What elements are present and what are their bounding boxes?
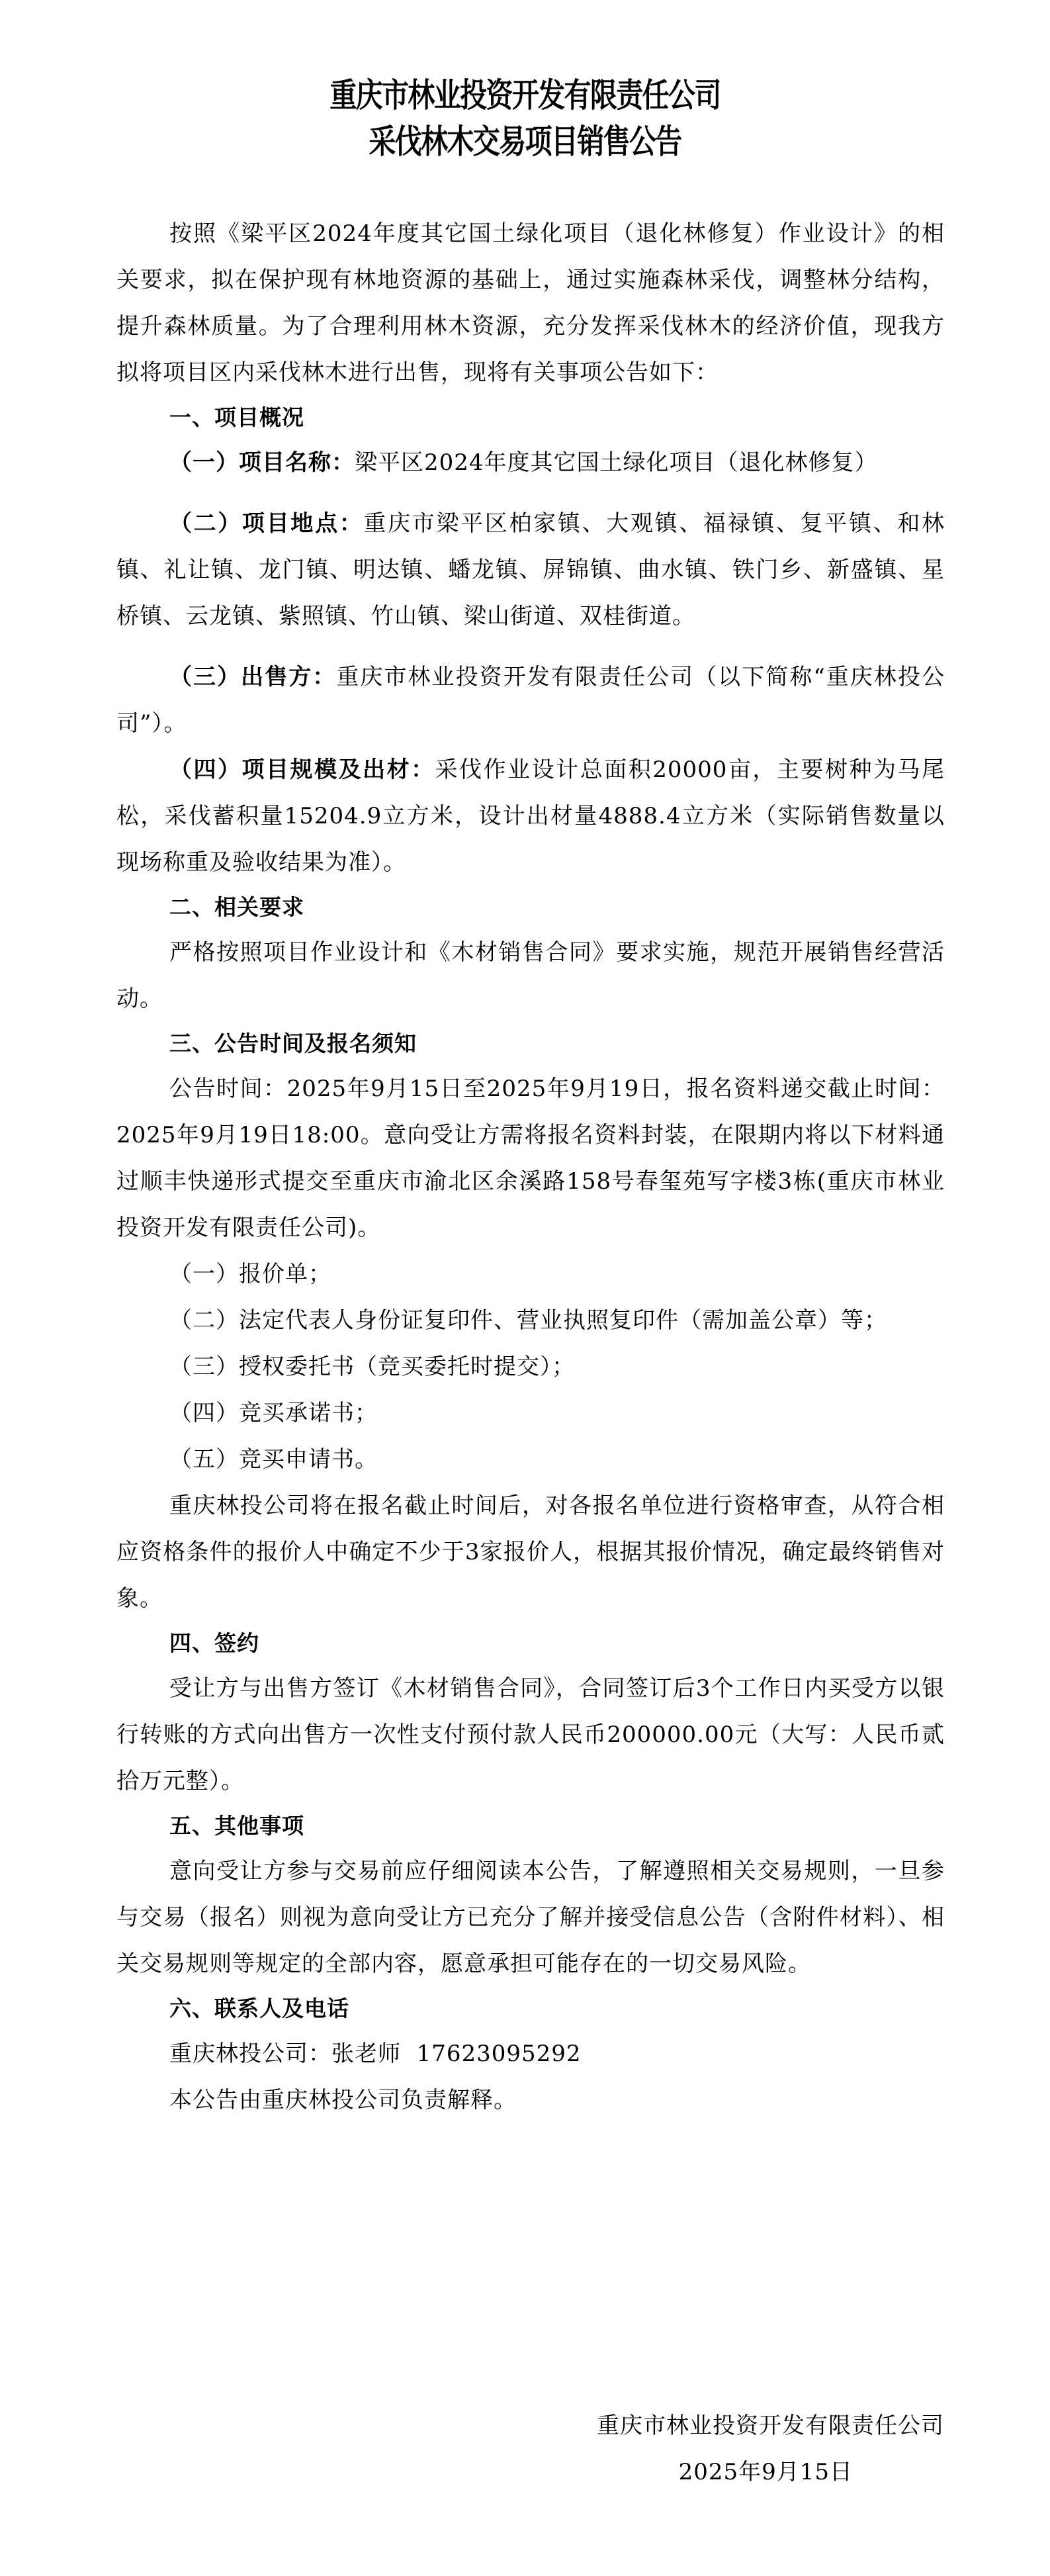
material-item: （一）报价单； — [116, 1251, 945, 1297]
section-heading-time-registration: 三、公告时间及报名须知 — [116, 1022, 945, 1066]
material-item: （四）竞买承诺书； — [116, 1390, 945, 1436]
item-text: 梁平区2024年度其它国土绿化项目（退化林修复） — [355, 449, 878, 476]
item-scale-output: （四）项目规模及出材：采伐作业设计总面积20000亩，主要树种为马尾松，采伐蓄积… — [116, 747, 945, 886]
contact-line: 重庆林投公司：张老师 17623095292 — [116, 2031, 945, 2077]
item-label: （一）项目名称： — [169, 449, 355, 476]
item-label: （二）项目地点： — [169, 510, 363, 537]
material-item: （三）授权委托书（竞买委托时提交）； — [116, 1344, 945, 1390]
requirements-paragraph: 严格按照项目作业设计和《木材销售合同》要求实施，规范开展销售经营活动。 — [116, 929, 945, 1022]
item-label: （四）项目规模及出材： — [169, 757, 435, 783]
interpretation-note: 本公告由重庆林投公司负责解释。 — [116, 2077, 945, 2123]
announcement-body: 按照《梁平区2024年度其它国土绿化项目（退化林修复）作业设计》的相关要求，拟在… — [116, 210, 945, 2123]
section-heading-signing: 四、签约 — [116, 1622, 945, 1665]
intro-paragraph: 按照《梁平区2024年度其它国土绿化项目（退化林修复）作业设计》的相关要求，拟在… — [116, 210, 945, 396]
announcement-page: 重庆市林业投资开发有限责任公司 采伐林木交易项目销售公告 按照《梁平区2024年… — [0, 0, 1050, 2576]
section-heading-requirements: 二、相关要求 — [116, 886, 945, 929]
qualification-paragraph: 重庆林投公司将在报名截止时间后，对各报名单位进行资格审查，从符合相应资格条件的报… — [116, 1483, 945, 1622]
section-heading-contact: 六、联系人及电话 — [116, 1987, 945, 2031]
material-item: （五）竞买申请书。 — [116, 1436, 945, 1483]
item-seller: （三）出售方：重庆市林业投资开发有限责任公司（以下简称“重庆林投公司”）。 — [116, 654, 945, 747]
signature-organization: 重庆市林业投资开发有限责任公司 — [597, 2403, 944, 2449]
item-label: （三）出售方： — [169, 664, 336, 690]
section-heading-overview: 一、项目概况 — [116, 396, 945, 439]
signature-date: 2025年9月15日 — [679, 2449, 853, 2495]
section-heading-other-matters: 五、其他事项 — [116, 1804, 945, 1848]
item-project-location: （二）项目地点：重庆市梁平区柏家镇、大观镇、福禄镇、复平镇、和林镇、礼让镇、龙门… — [116, 500, 945, 639]
other-matters-paragraph: 意向受让方参与交易前应仔细阅读本公告，了解遵照相关交易规则，一旦参与交易（报名）… — [116, 1848, 945, 1987]
signing-paragraph: 受让方与出售方签订《木材销售合同》，合同签订后3个工作日内买受方以银行转账的方式… — [116, 1665, 945, 1804]
item-project-name: （一）项目名称：梁平区2024年度其它国土绿化项目（退化林修复） — [116, 439, 945, 486]
registration-paragraph: 公告时间：2025年9月15日至2025年9月19日，报名资料递交截止时间：20… — [116, 1066, 945, 1251]
material-item: （二）法定代表人身份证复印件、营业执照复印件（需加盖公章）等； — [116, 1297, 945, 1344]
title-company: 重庆市林业投资开发有限责任公司 — [95, 73, 955, 118]
title-announcement: 采伐林木交易项目销售公告 — [95, 119, 955, 164]
